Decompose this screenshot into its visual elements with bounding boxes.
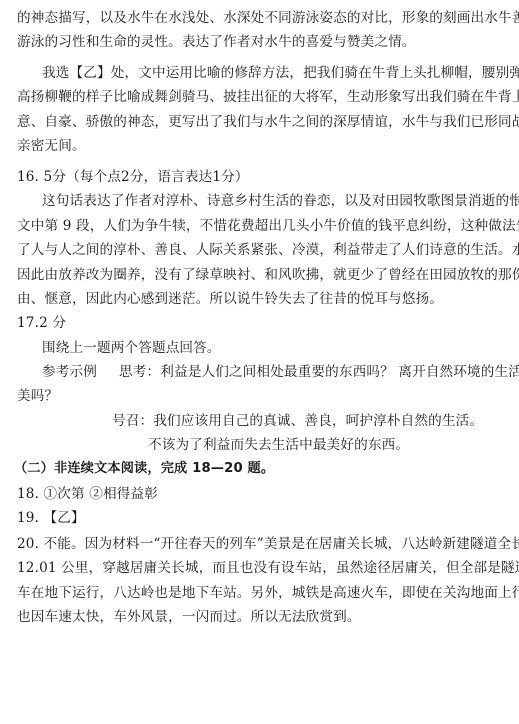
text-line: 围绕上一题两个答题点回答。 [42, 338, 509, 358]
text-line: 因此由放养改为圈养，没有了绿草映衬、和风吹拂，就更少了曾经在田园放牧的那份自 [17, 265, 509, 285]
text-line: 由、惬意，因此内心感到迷茫。所以说牛铃失去了往昔的悦耳与悠扬。 [17, 289, 509, 309]
text-line: 意、自豪、骄傲的神态，更写出了我们与水牛之间的深厚情谊，水牛与我们已形同战友， [17, 112, 509, 132]
question-17-header: 17.2 分 [17, 313, 509, 333]
text-line: 亲密无间。 [17, 136, 509, 156]
text-line: 12.01 公里，穿越居庸关长城，而且也没有设车站，虽然途径居庸关，但全部是隧道… [17, 558, 509, 578]
call-line: 不该为了利益而失去生活中最美好的东西。 [148, 435, 509, 455]
text-line: 我选【乙】处，文中运用比喻的修辞方法，把我们骑在牛背上头扎柳帽，腰别弹弓， [42, 63, 509, 83]
question-16-header: 16. 5分（每个点2分，语言表达1分） [17, 167, 509, 187]
text-line: 车在地下运行，八达岭也是地下车站。另外，城铁是高速火车，即使在关沟地面上行走， [17, 583, 509, 603]
text-line: 高扬柳鞭的样子比喻成舞剑骑马、披挂出征的大将军，生动形象写出我们骑在牛背上得 [17, 87, 509, 107]
text-line: 了人与人之间的淳朴、善良、人际关系紧张、冷漠，利益带走了人们诗意的生活。水牛 [17, 240, 509, 260]
text-line: 也因车速太快，车外风景，一闪而过。所以无法欣赏到。 [17, 607, 509, 627]
text-line: 这句话表达了作者对淳朴、诗意乡村生活的眷恋，以及对田园牧歌图景消逝的怅惘。 [42, 191, 509, 211]
text-line: 美吗？ [17, 386, 509, 406]
question-18: 18. ①次第 ②相得益彰 [17, 484, 509, 504]
section-2-title: （二）非连续文本阅读，完成 18—20 题。 [14, 459, 509, 479]
example-line: 参考示例思考：利益是人们之间相处最重要的东西吗？ 离开自然环境的生活还 [42, 362, 509, 382]
document-page: 的神态描写，以及水牛在水浅处、水深处不同游泳姿态的对比，形象的刻画出水牛善于 游… [0, 0, 519, 724]
think-text: 思考：利益是人们之间相处最重要的东西吗？ 离开自然环境的生活还 [119, 364, 519, 380]
question-19: 19. 【乙】 [17, 508, 509, 528]
text-line: 文中第 9 段，人们为争牛犊，不惜花费超出几头小牛价值的钱平息纠纷，这种做法失去 [17, 216, 509, 236]
call-line: 号召：我们应该用自己的真诚、善良，呵护淳朴自然的生活。 [112, 411, 509, 431]
text-line: 的神态描写，以及水牛在水浅处、水深处不同游泳姿态的对比，形象的刻画出水牛善于 [17, 8, 509, 28]
example-label: 参考示例 [42, 364, 97, 380]
text-line: 游泳的习性和生命的灵性。表达了作者对水牛的喜爱与赞美之情。 [17, 32, 509, 52]
question-20-line: 20. 不能。因为材料一“开往春天的列车”美景是在居庸关长城，八达岭新建隧道全长 [17, 534, 509, 554]
